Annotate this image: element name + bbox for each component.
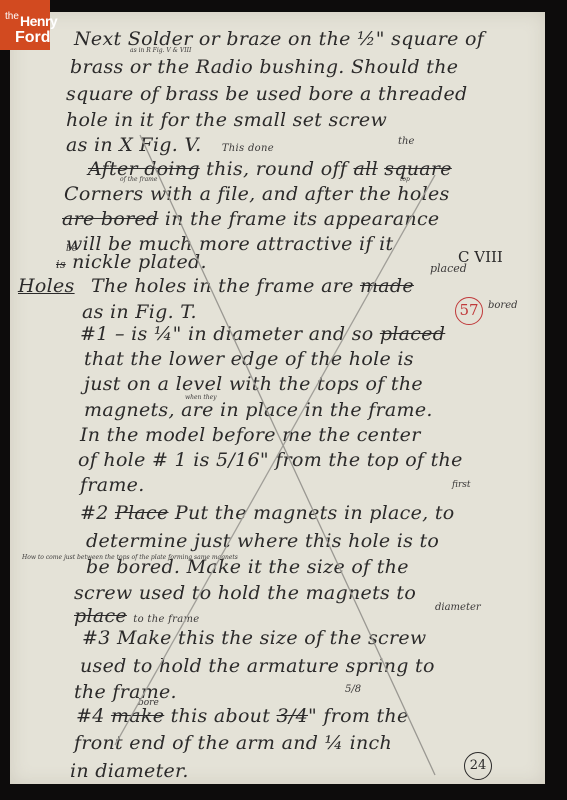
text-segment: Put the magnets in place, to [175,502,455,524]
text-line: #3 Make this the size of the screw [82,627,427,649]
insert-note: top [400,176,410,183]
insert-note: first [452,480,471,490]
struck-text: made [360,275,414,297]
text-line: Holes The holes in the frame are made [18,275,414,297]
text-line: as in Fig. T. [82,301,197,323]
insert-note: as in R Fig. V & VIII [130,47,191,54]
insert-note: the [398,136,414,147]
text-segment: The holes in the frame are [91,275,354,297]
insert-note: to the frame [133,614,199,625]
text-line: #1 – is ¼" in diameter and so placed [80,323,445,345]
struck-text: Place [115,502,169,524]
insert-note: diameter [435,602,481,613]
text-segment: " from the [308,705,409,727]
page-number: 24 [464,752,492,780]
text-line: be bored. Make it the size of the [86,556,409,578]
text-line: hole in it for the small set screw [66,109,387,131]
annotation: This done [222,143,274,154]
text-line: of hole # 1 is 5/16" from the top of the [78,449,463,471]
text-segment: this, round off [206,158,347,180]
text-line: front end of the arm and ¼ inch [74,732,392,754]
text-line: that the lower edge of the hole is [84,348,414,370]
insert-note: bored [488,300,518,311]
text-line: in diameter. [70,760,189,782]
text-line: frame. [80,474,145,496]
henry-ford-logo[interactable]: the Henry Ford [0,0,50,50]
text-line: is nickle plated. [56,251,207,273]
text-line: place to the frame [74,605,200,627]
text-line: #2 Place Put the magnets in place, to [80,502,455,524]
insert-note: 5/8 [345,684,361,695]
text-line: determine just where this hole is to [86,530,439,552]
text-segment: as in X Fig. V. [66,134,201,156]
struck-text: are bored [62,208,159,230]
struck-text: make [111,705,164,727]
text-line: are bored in the frame its appearance [62,208,439,230]
text-segment: #2 [80,502,109,524]
logo-the: the [5,11,19,22]
struck-text: 3/4 [277,705,308,727]
struck-text: placed [380,323,445,345]
text-segment: nickle plated. [72,251,207,273]
text-line: just on a level with the tops of the [84,373,423,395]
text-segment: #4 [76,705,105,727]
struck-text: all [353,158,377,180]
text-line: In the model before me the center [80,424,421,446]
insert-note: placed [430,262,467,275]
text-line: the frame. [74,681,177,703]
text-line: brass or the Radio bushing. Should the [70,56,458,78]
text-line: #4 make this about 3/4" from the [76,705,409,727]
text-line: as in X Fig. V. This done [66,134,274,156]
text-line: used to hold the armature spring to [80,655,435,677]
struck-text: is [56,258,66,271]
text-segment: in the frame its appearance [165,208,440,230]
red-circled-number: 57 [455,297,483,325]
text-line: screw used to hold the magnets to [74,582,416,604]
text-line: magnets, are in place in the frame. [84,399,433,421]
insert-note: of the frame [120,176,157,183]
struck-text: square [384,158,452,180]
logo-henry: Henry [20,13,57,29]
struck-text: place [74,605,127,627]
text-segment: this about [171,705,271,727]
text-segment: #1 – is ¼" in diameter and so [80,323,374,345]
text-line: square of brass be used bore a threaded [66,83,467,105]
text-line: Corners with a file, and after the holes [64,183,450,205]
section-label-holes: Holes [18,275,75,297]
logo-ford: Ford [15,29,51,47]
